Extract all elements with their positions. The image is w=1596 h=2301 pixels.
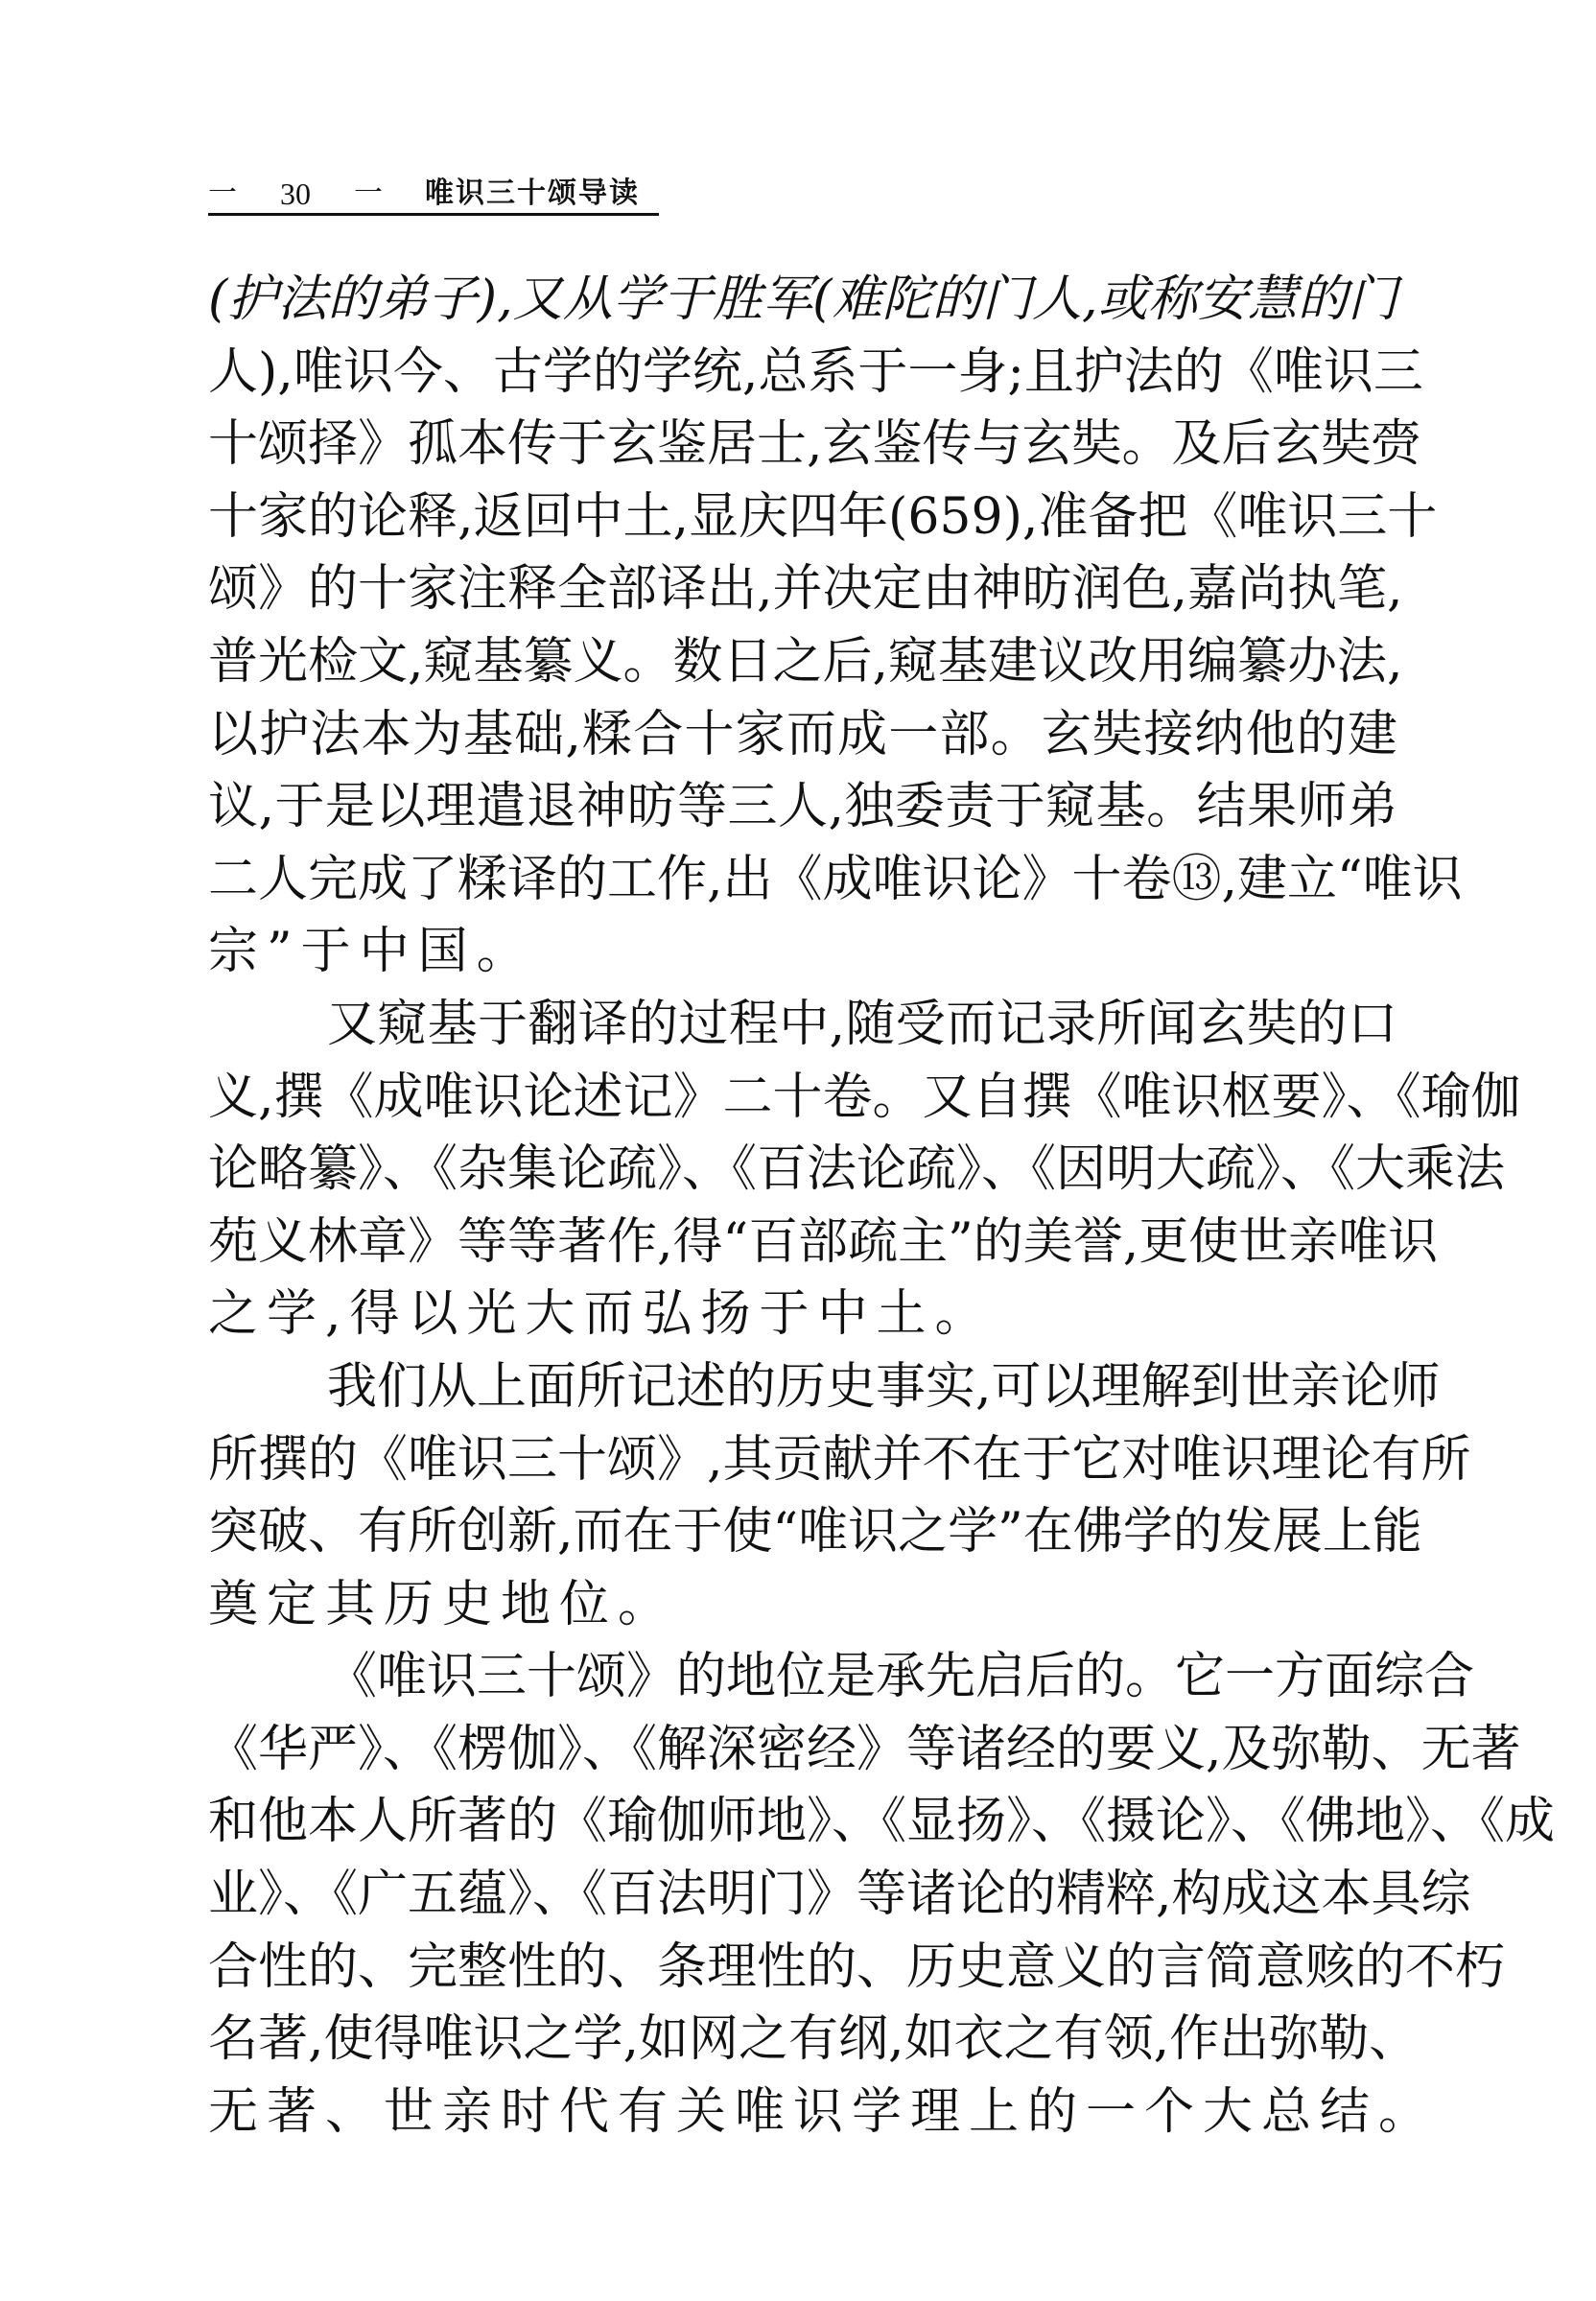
book-title: 唯识三十颂导读 (425, 175, 640, 213)
text-line: 奠定其历史地位。 (208, 1576, 1397, 1649)
text-line-content: 人),唯识今、古学的学统,总系于一身;且护法的《唯识三 (208, 343, 1397, 416)
text-line: 突破、有所创新,而在于使“唯识之学”在佛学的发展上能 (208, 1503, 1397, 1576)
text-line-content: 业》、《广五蕴》、《百法明门》等诸论的精粹,构成这本具综 (208, 1866, 1397, 1938)
text-line: 业》、《广五蕴》、《百法明门》等诸论的精粹,构成这本具综 (208, 1866, 1397, 1938)
text-line-content: 《华严》、《楞伽》、《解深密经》等诸经的要义,及弥勒、无著 (208, 1721, 1397, 1794)
text-line-content: 议,于是以理遣退神昉等三人,独委责于窥基。结果师弟 (208, 778, 1397, 851)
text-line-content: 苑义林章》等等著作,得“百部疏主”的美誉,更使世亲唯识 (208, 1213, 1397, 1286)
header-dash-right: 一 (354, 175, 404, 213)
text-line-content: 合性的、完整性的、条理性的、历史意义的言简意赅的不朽 (208, 1938, 1397, 2011)
text-line: 人),唯识今、古学的学统,总系于一身;且护法的《唯识三 (208, 343, 1397, 416)
text-line-content: 普光检文,窥基纂义。数日之后,窥基建议改用编纂办法, (208, 633, 1397, 706)
text-line: 普光检文,窥基纂义。数日之后,窥基建议改用编纂办法, (208, 633, 1397, 706)
text-line-content: 奠定其历史地位。 (208, 1576, 1397, 1649)
text-line-content: 以护法本为基础,糅合十家而成一部。玄奘接纳他的建 (208, 706, 1397, 779)
text-line: 之学,得以光大而弘扬于中土。 (208, 1285, 1397, 1358)
text-line-content: 名著,使得唯识之学,如网之有纲,如衣之有领,作出弥勒、 (208, 2010, 1397, 2083)
text-line-content: 宗”于中国。 (208, 923, 1397, 996)
text-line: 和他本人所著的《瑜伽师地》、《显扬》、《摄论》、《佛地》、《成 (208, 1793, 1397, 1866)
text-line: 十家的论释,返回中土,显庆四年(659),准备把《唯识三十 (208, 488, 1397, 561)
text-line-content: 二人完成了糅译的工作,出《成唯识论》十卷⑬,建立“唯识 (208, 851, 1397, 924)
text-line: 我们从上面所记述的历史事实,可以理解到世亲论师 (208, 1358, 1397, 1431)
text-line-content: 义,撰《成唯识论述记》二十卷。又自撰《唯识枢要》、《瑜伽 (208, 1068, 1397, 1141)
text-line-content: 又窥基于翻译的过程中,随受而记录所闻玄奘的口 (327, 996, 1397, 1068)
text-line: 所撰的《唯识三十颂》,其贡献并不在于它对唯识理论有所 (208, 1431, 1397, 1504)
text-line: 义,撰《成唯识论述记》二十卷。又自撰《唯识枢要》、《瑜伽 (208, 1068, 1397, 1141)
text-line-content: 和他本人所著的《瑜伽师地》、《显扬》、《摄论》、《佛地》、《成 (208, 1793, 1397, 1866)
body-text: (护法的弟子),又从学于胜军(难陀的门人,或称安慧的门人),唯识今、古学的学统,… (208, 270, 1397, 2155)
text-line: 宗”于中国。 (208, 923, 1397, 996)
text-line-content: 十家的论释,返回中土,显庆四年(659),准备把《唯识三十 (208, 488, 1397, 561)
text-line: 《唯识三十颂》的地位是承先启后的。它一方面综合 (208, 1648, 1397, 1721)
text-line: 以护法本为基础,糅合十家而成一部。玄奘接纳他的建 (208, 706, 1397, 779)
header-dash-left: 一 (208, 175, 258, 213)
text-line: 议,于是以理遣退神昉等三人,独委责于窥基。结果师弟 (208, 778, 1397, 851)
text-line-content: 我们从上面所记述的历史事实,可以理解到世亲论师 (327, 1358, 1397, 1431)
page-number: 30 (258, 175, 333, 213)
text-line-content: 突破、有所创新,而在于使“唯识之学”在佛学的发展上能 (208, 1503, 1397, 1576)
text-line: 苑义林章》等等著作,得“百部疏主”的美誉,更使世亲唯识 (208, 1213, 1397, 1286)
text-line-content: 《唯识三十颂》的地位是承先启后的。它一方面综合 (327, 1648, 1397, 1721)
text-line: 颂》的十家注释全部译出,并决定由神昉润色,嘉尚执笔, (208, 560, 1397, 633)
text-line: (护法的弟子),又从学于胜军(难陀的门人,或称安慧的门 (208, 270, 1397, 343)
text-line: 论略纂》、《杂集论疏》、《百法论疏》、《因明大疏》、《大乘法 (208, 1140, 1397, 1213)
text-line: 又窥基于翻译的过程中,随受而记录所闻玄奘的口 (208, 996, 1397, 1068)
text-line-content: (护法的弟子),又从学于胜军(难陀的门人,或称安慧的门 (208, 270, 1397, 343)
text-line-content: 论略纂》、《杂集论疏》、《百法论疏》、《因明大疏》、《大乘法 (208, 1140, 1397, 1213)
text-line-content: 所撰的《唯识三十颂》,其贡献并不在于它对唯识理论有所 (208, 1431, 1397, 1504)
text-line-content: 之学,得以光大而弘扬于中土。 (208, 1285, 1397, 1358)
text-line-content: 无著、世亲时代有关唯识学理上的一个大总结。 (208, 2083, 1397, 2156)
running-header: 一 30 一 唯识三十颂导读 (208, 171, 659, 216)
text-line-content: 十颂择》孤本传于玄鉴居士,玄鉴传与玄奘。及后玄奘赍 (208, 415, 1397, 488)
text-line: 二人完成了糅译的工作,出《成唯识论》十卷⑬,建立“唯识 (208, 851, 1397, 924)
text-line: 十颂择》孤本传于玄鉴居士,玄鉴传与玄奘。及后玄奘赍 (208, 415, 1397, 488)
text-line: 合性的、完整性的、条理性的、历史意义的言简意赅的不朽 (208, 1938, 1397, 2011)
text-line: 名著,使得唯识之学,如网之有纲,如衣之有领,作出弥勒、 (208, 2010, 1397, 2083)
text-line: 无著、世亲时代有关唯识学理上的一个大总结。 (208, 2083, 1397, 2156)
text-line: 《华严》、《楞伽》、《解深密经》等诸经的要义,及弥勒、无著 (208, 1721, 1397, 1794)
text-line-content: 颂》的十家注释全部译出,并决定由神昉润色,嘉尚执笔, (208, 560, 1397, 633)
